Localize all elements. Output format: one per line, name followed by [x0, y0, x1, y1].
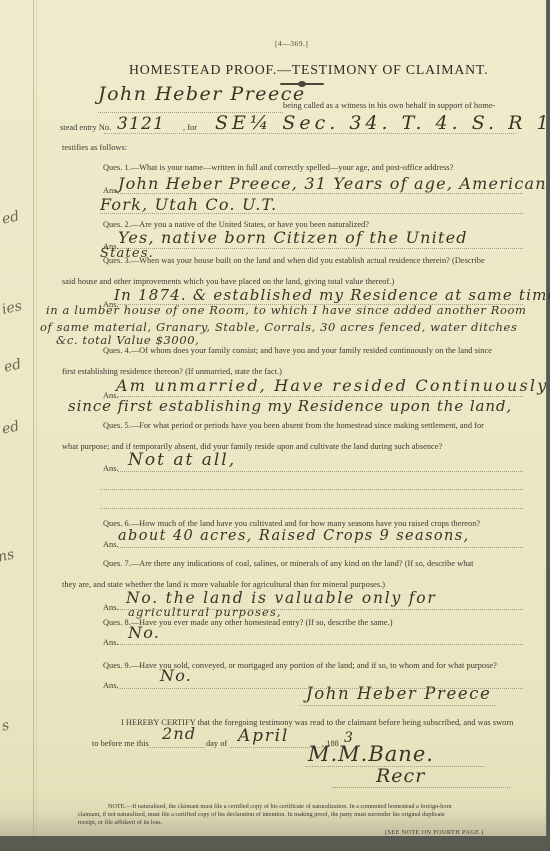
question-7: Ques. 7.—Are there any indications of co… [103, 559, 474, 568]
answer-4-line-2: since first establishing my Residence up… [68, 397, 512, 415]
sworn-before-label: to before me this [92, 739, 149, 748]
answer-line [100, 213, 523, 214]
answer-1-line-2: Fork, Utah Co. U.T. [100, 195, 277, 214]
answer-3-line-1: In 1874. & established my Residence at s… [114, 286, 550, 304]
question-5: Ques. 5.—For what period or periods have… [103, 421, 484, 430]
question-1: Ques. 1.—What is your name—written in fu… [103, 163, 453, 172]
question-3: Ques. 3.—When was your house built on th… [103, 256, 485, 265]
claimant-name: John Heber Preece [98, 83, 306, 105]
official-title-line [332, 787, 510, 788]
answer-line [100, 489, 523, 490]
question-6: Ques. 6.—How much of the land have you c… [103, 519, 480, 528]
document-page: ed ies ed ed ns s [4—369.] HOMESTEAD PRO… [0, 0, 547, 836]
answer-label: Ans. [103, 681, 119, 690]
question-7-cont: they are, and state whether the land is … [62, 580, 385, 589]
stub-mark: ed [1, 208, 21, 227]
for-label: , for [183, 123, 197, 132]
page-title: HOMESTEAD PROOF.—TESTIMONY OF CLAIMANT. [129, 62, 488, 78]
day-line [148, 747, 205, 748]
note-line-2: claimant, if not naturalized, must file … [78, 811, 445, 818]
witness-text: being called as a witness in his own beh… [283, 101, 495, 110]
answer-label: Ans. [103, 540, 119, 549]
entry-label: stead entry No. [60, 123, 111, 132]
stub-mark: ns [0, 546, 16, 565]
certification-month: April [238, 726, 289, 746]
see-note-fourth-page: (SEE NOTE ON FOURTH PAGE.) [385, 829, 484, 836]
answer-8-line-1: No. [128, 623, 160, 642]
question-4: Ques. 4.—Of whom does your family consis… [103, 346, 492, 355]
note-line-3: receipt, or file affidavit of its loss. [78, 819, 162, 826]
answer-label: Ans. [103, 603, 119, 612]
answer-label: Ans. [103, 638, 119, 647]
answer-line [118, 644, 523, 645]
question-5-cont: what purpose; and if temporarily absent,… [62, 442, 442, 451]
answer-6-line-1: about 40 acres, Raised Crops 9 seasons, [118, 528, 470, 544]
entry-number: 3121 [117, 114, 165, 134]
note-line-1: NOTE.—If naturalized, the claimant must … [108, 803, 452, 810]
answer-1-line-1: John Heber Preece, 31 Years of age, Amer… [118, 174, 547, 193]
fold-line [33, 0, 34, 836]
answer-line [118, 547, 523, 548]
answer-line [118, 193, 523, 194]
answer-line [118, 248, 523, 249]
fold-line [36, 0, 37, 836]
claimant-signature: John Heber Preece [306, 684, 491, 703]
testifies-label: testifies as follows: [62, 143, 127, 152]
answer-line [100, 508, 523, 509]
answer-3-line-3: of same material, Granary, Stable, Corra… [40, 320, 517, 334]
day-of-label: day of [206, 739, 227, 748]
answer-2-line-1: Yes, native born Citizen of the United [118, 228, 468, 247]
stub-mark: ies [1, 298, 24, 318]
answer-5-line-1: Not at all, [128, 450, 236, 470]
certification-day: 2nd [162, 724, 196, 743]
answer-3-line-4: &c. total Value $3000, [56, 333, 199, 347]
question-3-cont: said house and other improvements which … [62, 277, 394, 286]
stub-mark: ed [1, 418, 21, 437]
official-title: Recr [376, 765, 425, 787]
answer-line [118, 471, 523, 472]
answer-label: Ans. [103, 186, 119, 195]
answer-7-line-2: agricultural purposes, [128, 605, 282, 619]
land-description: SE¼ Sec. 34. T. 4. S. R 1. E. [215, 112, 550, 134]
official-signature: M.M.Bane. [308, 742, 434, 766]
answer-9-line-1: No. [160, 666, 192, 685]
answer-label: Ans. [103, 464, 119, 473]
question-4-cont: first establishing residence thereon? (I… [62, 367, 282, 376]
form-number: [4—369.] [275, 39, 308, 48]
signature-line [300, 705, 495, 706]
stub-mark: s [0, 717, 10, 734]
answer-3-line-2: in a lumber house of one Room, to which … [46, 303, 527, 317]
answer-4-line-1: Am unmarried, Have resided Continuously [116, 376, 548, 395]
stub-mark: ed [3, 356, 23, 375]
entry-line [104, 133, 516, 134]
